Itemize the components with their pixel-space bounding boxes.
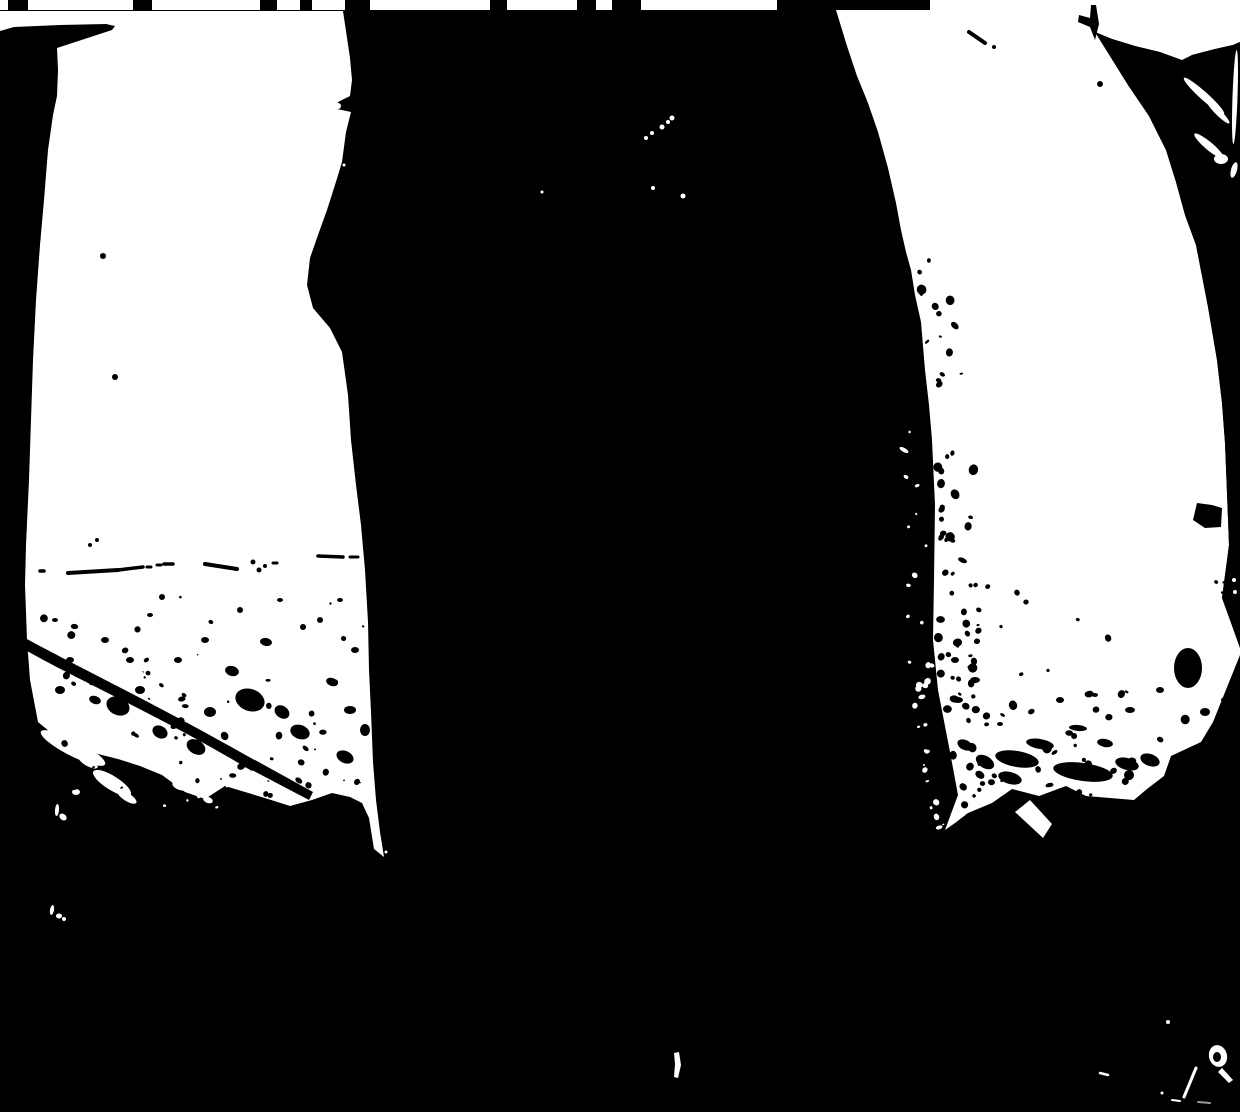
binarized-photo-figure	[0, 0, 1240, 1112]
figure-canvas	[0, 0, 1240, 1112]
